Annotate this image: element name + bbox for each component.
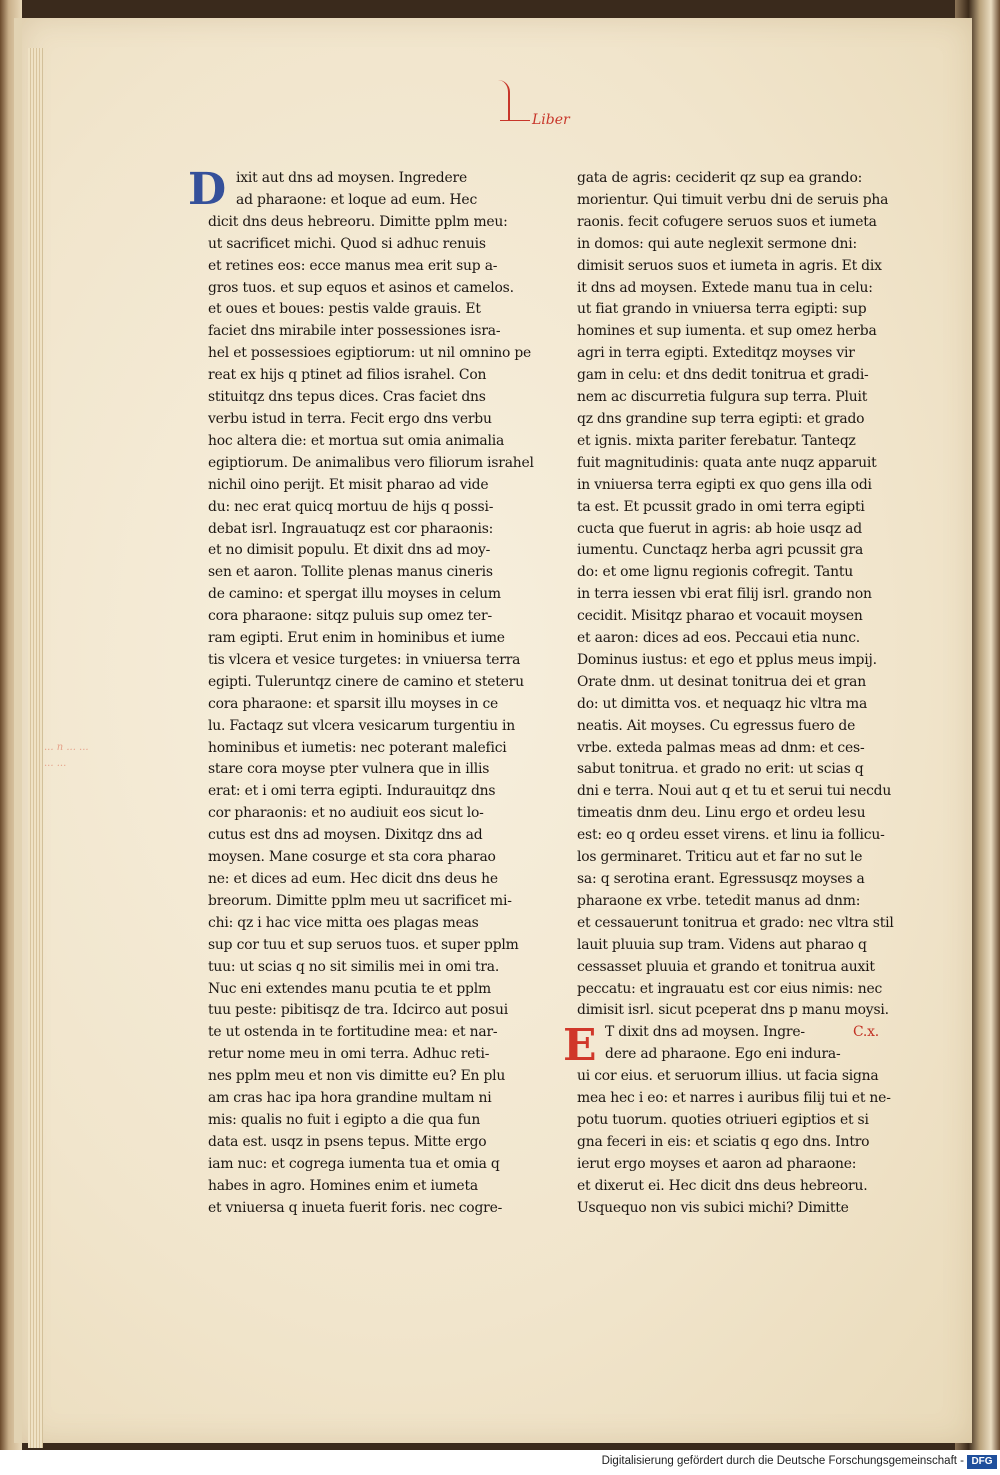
text-line: homines et sup iumenta. et sup omez herb…: [577, 321, 889, 343]
text-line: vrbe. exteda palmas meas ad dnm: et ces-: [577, 738, 889, 760]
text-line: cutus est dns ad moysen. Dixitqz dns ad: [208, 825, 520, 847]
text-line: raonis. fecit cofugere seruos suos et iu…: [577, 212, 889, 234]
text-line: et retines eos: ecce manus mea erit sup …: [208, 256, 520, 278]
text-line: mis: qualis no fuit i egipto a die qua f…: [208, 1110, 520, 1132]
text-line: habes in agro. Homines enim et iumeta: [208, 1176, 520, 1198]
text-line: dimisit isrl. sicut pceperat dns p manu …: [577, 1000, 889, 1022]
text-line: ad pharaone: et loque ad eum. Hec: [208, 190, 520, 212]
text-line: dicit dns deus hebreoru. Dimitte pplm me…: [208, 212, 520, 234]
text-line: cora pharaone: et sparsit illu moyses in…: [208, 694, 520, 716]
text-line: ierut ergo moyses et aaron ad pharaone:: [577, 1154, 889, 1176]
footer-credit: Digitalisierung gefördert durch die Deut…: [602, 1455, 964, 1467]
text-line: gros tuos. et sup equos et asinos et cam…: [208, 278, 520, 300]
text-line: ram egipti. Erut enim in hominibus et iu…: [208, 628, 520, 650]
text-column-right: gata de agris: ceciderit qz sup ea grand…: [577, 168, 889, 1220]
text-line: tuu: ut scias q no sit similis mei in om…: [208, 957, 520, 979]
text-line: et no dimisit populu. Et dixit dns ad mo…: [208, 540, 520, 562]
text-line: gata de agris: ceciderit qz sup ea grand…: [577, 168, 889, 190]
marginalia-line: ... n ... ...: [44, 740, 89, 756]
running-head-text: Liber: [532, 112, 570, 128]
text-line: sa: q serotina erant. Egressusqz moyses …: [577, 869, 889, 891]
text-line: gam in celu: et dns dedit tonitrua et gr…: [577, 365, 889, 387]
text-line: dimisit seruos suos et iumeta in agris. …: [577, 256, 889, 278]
text-line: mea hec i eo: et narres i auribus filij …: [577, 1088, 889, 1110]
text-line: it dns ad moysen. Extede manu tua in cel…: [577, 278, 889, 300]
text-line: egiptiorum. De animalibus vero filiorum …: [208, 453, 520, 475]
text-line: et cessauerunt tonitrua et grado: nec vl…: [577, 913, 889, 935]
text-line: iam nuc: et cogrega iumenta tua et omia …: [208, 1154, 520, 1176]
text-line: qz dns grandine sup terra egipti: et gra…: [577, 409, 889, 431]
text-line: potu tuorum. quoties otriueri egiptios e…: [577, 1110, 889, 1132]
text-line: morientur. Qui timuit verbu dni de serui…: [577, 190, 889, 212]
text-line: T dixit dns ad moysen. Ingre-: [577, 1022, 889, 1044]
text-line: dere ad pharaone. Ego eni indura-: [577, 1044, 889, 1066]
marginal-annotation: ... n ... ... ... ...: [44, 740, 89, 772]
text-line: cecidit. Misitqz pharao et vocauit moyse…: [577, 606, 889, 628]
text-line: ixit aut dns ad moysen. Ingredere: [208, 168, 520, 190]
text-line: Nuc eni extendes manu pcutia te et pplm: [208, 979, 520, 1001]
text-line: faciet dns mirabile inter possessiones i…: [208, 321, 520, 343]
text-line: cucta que fuerut in agris: ab hoie usqz …: [577, 519, 889, 541]
text-line: nes pplm meu et non vis dimitte eu? En p…: [208, 1066, 520, 1088]
text-line: cor pharaonis: et no audiuit eos sicut l…: [208, 803, 520, 825]
text-line: iumentu. Cunctaqz herba agri pcussit gra: [577, 540, 889, 562]
text-line: debat isrl. Ingrauatuqz est cor pharaoni…: [208, 519, 520, 541]
text-line: sup cor tuu et sup seruos tuos. et super…: [208, 935, 520, 957]
text-line: et dixerut ei. Hec dicit dns deus hebreo…: [577, 1176, 889, 1198]
text-line: cessasset pluuia et grando et tonitrua a…: [577, 957, 889, 979]
text-line: verbu istud in terra. Fecit ergo dns ver…: [208, 409, 520, 431]
text-line: neatis. Ait moyses. Cu egressus fuero de: [577, 716, 889, 738]
text-line: ta est. Et pcussit grado in omi terra eg…: [577, 497, 889, 519]
text-line: ui cor eius. et seruorum illius. ut faci…: [577, 1066, 889, 1088]
text-line: stare cora moyse pter vulnera que in ill…: [208, 759, 520, 781]
marginalia-line: ... ...: [44, 756, 89, 772]
text-line: gna feceri in eis: et sciatis q ego dns.…: [577, 1132, 889, 1154]
left-column-lines: ixit aut dns ad moysen. Ingrederead phar…: [208, 168, 520, 1220]
text-column-left: D ixit aut dns ad moysen. Ingrederead ph…: [208, 168, 520, 1220]
text-line: hel et possessioes egiptiorum: ut nil om…: [208, 343, 520, 365]
text-line: data est. usqz in psens tepus. Mitte erg…: [208, 1132, 520, 1154]
text-line: Usquequo non vis subici michi? Dimitte: [577, 1198, 889, 1220]
running-head-swash-icon: [498, 80, 510, 120]
text-line: agri in terra egipti. Exteditqz moyses v…: [577, 343, 889, 365]
text-line: cora pharaone: sitqz puluis sup omez ter…: [208, 606, 520, 628]
decorated-initial-blue: D: [188, 168, 228, 212]
text-line: stituitqz dns tepus dices. Cras faciet d…: [208, 387, 520, 409]
text-line: et aaron: dices ad eos. Peccaui etia nun…: [577, 628, 889, 650]
text-line: peccatu: et ingrauatu est cor eius nimis…: [577, 979, 889, 1001]
text-line: am cras hac ipa hora grandine multam ni: [208, 1088, 520, 1110]
dfg-logo: DFG: [967, 1455, 997, 1469]
text-line: et ignis. mixta pariter ferebatur. Tante…: [577, 431, 889, 453]
text-line: hoc altera die: et mortua sut omia anima…: [208, 431, 520, 453]
text-line: in domos: qui aute neglexit sermone dni:: [577, 234, 889, 256]
page-stack-edge: [28, 48, 43, 1448]
text-line: in vniuersa terra egipti ex quo gens ill…: [577, 475, 889, 497]
text-line: retur nome meu in omi terra. Adhuc reti-: [208, 1044, 520, 1066]
text-line: ne: et dices ad eum. Hec dicit dns deus …: [208, 869, 520, 891]
text-line: los germinaret. Triticu aut et far no su…: [577, 847, 889, 869]
text-line: timeatis dnm deu. Linu ergo et ordeu les…: [577, 803, 889, 825]
text-line: breorum. Dimitte pplm meu ut sacrificet …: [208, 891, 520, 913]
text-line: fuit magnitudinis: quata ante nuqz appar…: [577, 453, 889, 475]
text-line: sabut tonitrua. et grado no erit: ut sci…: [577, 759, 889, 781]
text-line: lu. Factaqz sut vlcera vesicarum turgent…: [208, 716, 520, 738]
running-head: Liber: [500, 112, 570, 128]
right-column-lines-before-chapter: gata de agris: ceciderit qz sup ea grand…: [577, 168, 889, 1022]
text-line: sen et aaron. Tollite plenas manus ciner…: [208, 562, 520, 584]
text-line: et oues et boues: pestis valde grauis. E…: [208, 299, 520, 321]
text-line: tis vlcera et vesice turgetes: in vniuer…: [208, 650, 520, 672]
text-line: erat: et i omi terra egipti. Indurauitqz…: [208, 781, 520, 803]
text-line: do: ut dimitta vos. et nequaqz hic vltra…: [577, 694, 889, 716]
text-line: pharaone ex vrbe. tetedit manus ad dnm:: [577, 891, 889, 913]
decorated-initial-red: E: [563, 1024, 603, 1068]
text-line: et vniuersa q inueta fuerit foris. nec c…: [208, 1198, 520, 1220]
text-line: est: eo q ordeu esset virens. et linu ia…: [577, 825, 889, 847]
text-line: du: nec erat quicq mortuu de hijs q poss…: [208, 497, 520, 519]
text-line: nem ac discurretia fulgura sup terra. Pl…: [577, 387, 889, 409]
text-line: te ut ostenda in te fortitudine mea: et …: [208, 1022, 520, 1044]
footer-bar: Digitalisierung gefördert durch die Deut…: [0, 1450, 1000, 1475]
chapter-number: C.x.: [853, 1022, 879, 1044]
text-line: lauit pluuia sup tram. Videns aut pharao…: [577, 935, 889, 957]
text-line: egipti. Tuleruntqz cinere de camino et s…: [208, 672, 520, 694]
text-line: moysen. Mane cosurge et sta cora pharao: [208, 847, 520, 869]
text-line: dni e terra. Noui aut q et tu et serui t…: [577, 781, 889, 803]
text-line: chi: qz i hac vice mitta oes plagas meas: [208, 913, 520, 935]
text-line: hominibus et iumetis: nec poterant malef…: [208, 738, 520, 760]
text-line: de camino: et spergat illu moyses in cel…: [208, 584, 520, 606]
text-line: ut fiat grando in vniuersa terra egipti:…: [577, 299, 889, 321]
text-line: do: et ome lignu regionis cofregit. Tant…: [577, 562, 889, 584]
text-line: Orate dnm. ut desinat tonitrua dei et gr…: [577, 672, 889, 694]
text-line: Dominus iustus: et ego et pplus meus imp…: [577, 650, 889, 672]
text-line: reat ex hijs q ptinet ad filios israhel.…: [208, 365, 520, 387]
chapter-start: E C.x. T dixit dns ad moysen. Ingre-dere…: [577, 1022, 889, 1219]
right-column-lines-after-chapter: T dixit dns ad moysen. Ingre-dere ad pha…: [577, 1022, 889, 1219]
text-line: nichil oino perijt. Et misit pharao ad v…: [208, 475, 520, 497]
text-line: in terra iessen vbi erat filij isrl. gra…: [577, 584, 889, 606]
text-line: tuu peste: pibitisqz de tra. Idcirco aut…: [208, 1000, 520, 1022]
text-line: ut sacrificet michi. Quod si adhuc renui…: [208, 234, 520, 256]
